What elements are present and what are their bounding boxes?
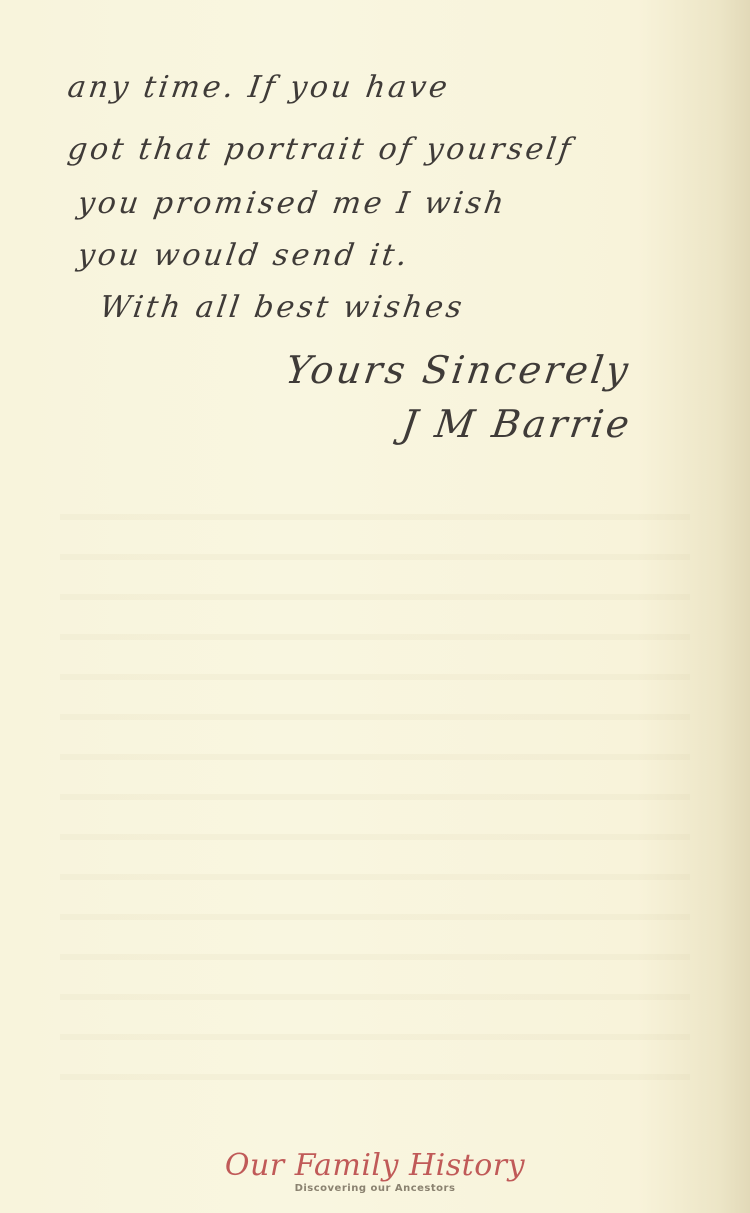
letter-line-2: got that portrait of yourself [66, 132, 576, 167]
letter-line-4: you would send it. [76, 238, 413, 273]
watermark-subtitle: Discovering our Ancestors [0, 1183, 750, 1194]
paper-bleed-through [60, 480, 690, 1100]
letter-line-3: you promised me I wish [76, 186, 509, 221]
watermark: Our Family History Discovering our Ances… [0, 1148, 750, 1194]
letter-line-1: any time. If you have [66, 70, 453, 105]
letter-page: any time. If you have got that portrait … [0, 0, 750, 1213]
letter-closing: Yours Sincerely [283, 348, 634, 392]
letter-line-5: With all best wishes [98, 290, 467, 325]
watermark-title: Our Family History [0, 1148, 750, 1183]
signature: J M Barrie [399, 402, 635, 446]
